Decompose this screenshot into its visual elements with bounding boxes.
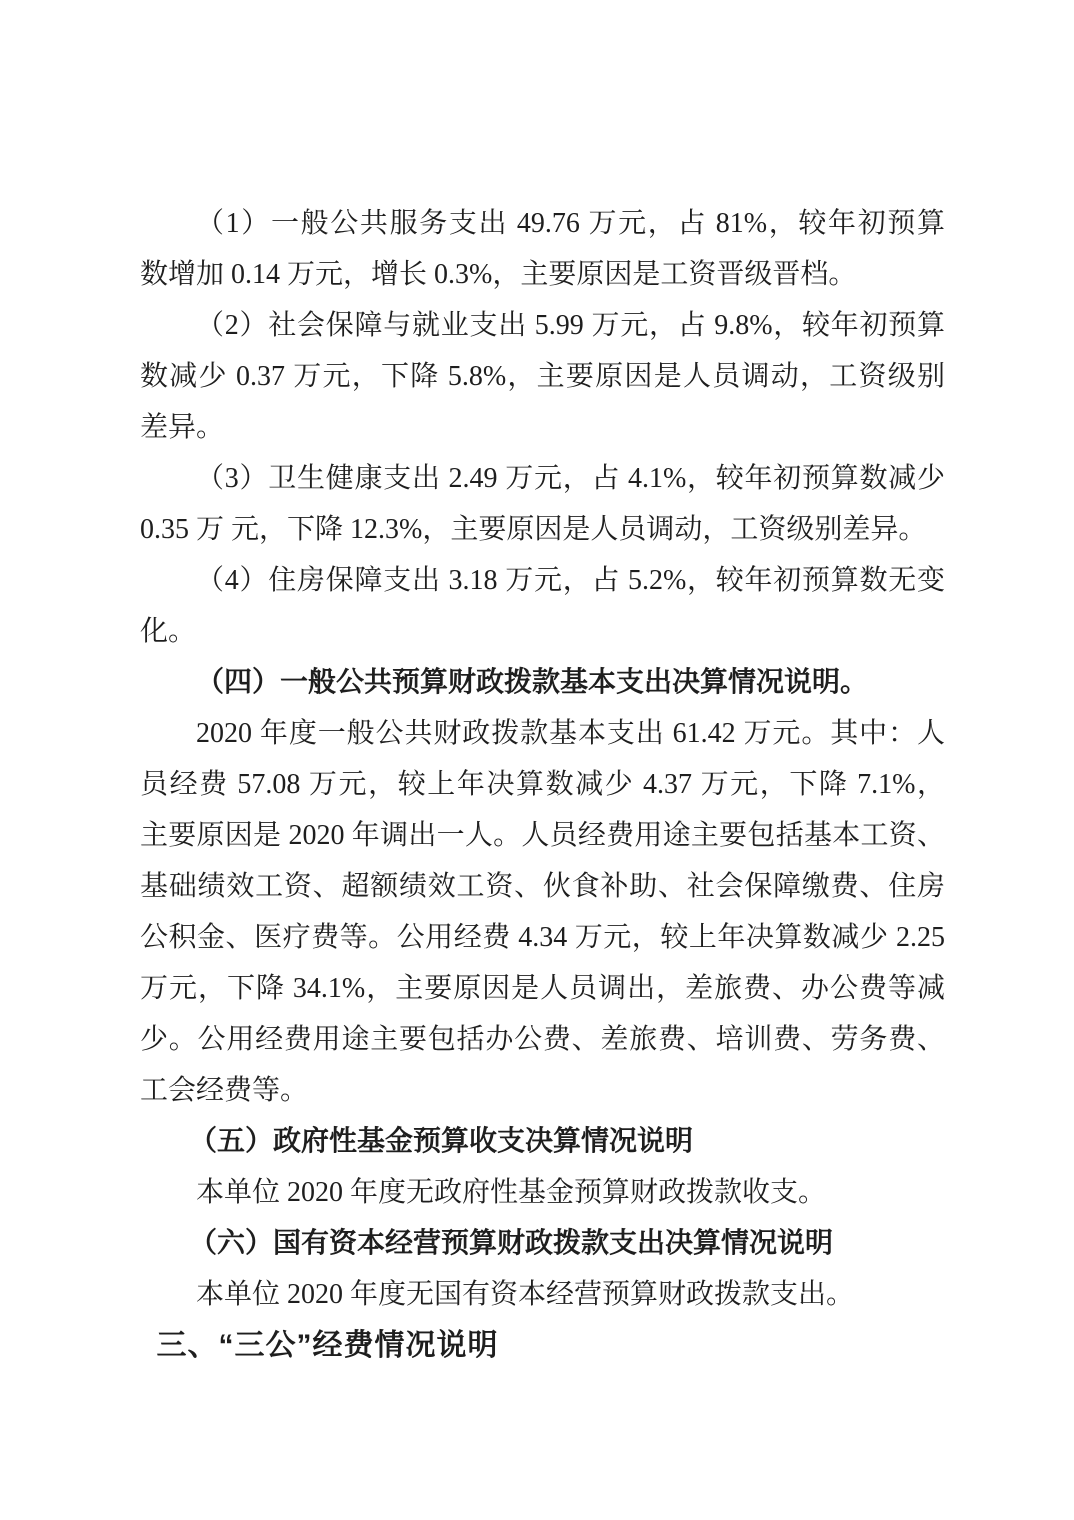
para-housing-line-2: 化。 [140, 606, 945, 657]
para-state-capital: 本单位 2020 年度无国有资本经营预算财政拨款支出。 [140, 1269, 945, 1320]
heading-section-6: （六）国有资本经营预算财政拨款支出决算情况说明 [140, 1218, 945, 1269]
heading-section-4: （四）一般公共预算财政拨款基本支出决算情况说明。 [140, 657, 945, 708]
para-basic-expenditure-line-1: 2020 年度一般公共财政拨款基本支出 61.42 万元。其中：人 [140, 708, 945, 759]
para-health-line-1: （3）卫生健康支出 2.49 万元，占 4.1%，较年初预算数减少 [140, 453, 945, 504]
para-basic-expenditure-line-3: 主要原因是 2020 年调出一人。人员经费用途主要包括基本工资、 [140, 810, 945, 861]
para-basic-expenditure-line-5: 公积金、医疗费等。公用经费 4.34 万元，较上年决算数减少 2.25 [140, 912, 945, 963]
para-social-security-line-2: 数减少 0.37 万元，下降 5.8%，主要原因是人员调动，工资级别 [140, 351, 945, 402]
para-basic-expenditure-line-7: 少。公用经费用途主要包括办公费、差旅费、培训费、劳务费、 [140, 1014, 945, 1065]
document-page: （1）一般公共服务支出 49.76 万元，占 81%，较年初预算 数增加 0.1… [0, 0, 1074, 1520]
para-general-public-services-line-1: （1）一般公共服务支出 49.76 万元，占 81%，较年初预算 [140, 198, 945, 249]
heading-three-public-funds: 三、“三公”经费情况说明 [140, 1320, 945, 1371]
para-general-public-services-line-2: 数增加 0.14 万元，增长 0.3%，主要原因是工资晋级晋档。 [140, 249, 945, 300]
para-basic-expenditure-line-4: 基础绩效工资、超额绩效工资、伙食补助、社会保障缴费、住房 [140, 861, 945, 912]
para-basic-expenditure-line-2: 员经费 57.08 万元，较上年决算数减少 4.37 万元，下降 7.1%， [140, 759, 945, 810]
para-government-funds: 本单位 2020 年度无政府性基金预算财政拨款收支。 [140, 1167, 945, 1218]
para-social-security-line-1: （2）社会保障与就业支出 5.99 万元，占 9.8%，较年初预算 [140, 300, 945, 351]
para-basic-expenditure-line-6: 万元，下降 34.1%，主要原因是人员调出，差旅费、办公费等减 [140, 963, 945, 1014]
para-housing-line-1: （4）住房保障支出 3.18 万元，占 5.2%，较年初预算数无变 [140, 555, 945, 606]
para-basic-expenditure-line-8: 工会经费等。 [140, 1065, 945, 1116]
para-health-line-2: 0.35 万 元，下降 12.3%，主要原因是人员调动，工资级别差异。 [140, 504, 945, 555]
heading-section-5: （五）政府性基金预算收支决算情况说明 [140, 1116, 945, 1167]
para-social-security-line-3: 差异。 [140, 402, 945, 453]
